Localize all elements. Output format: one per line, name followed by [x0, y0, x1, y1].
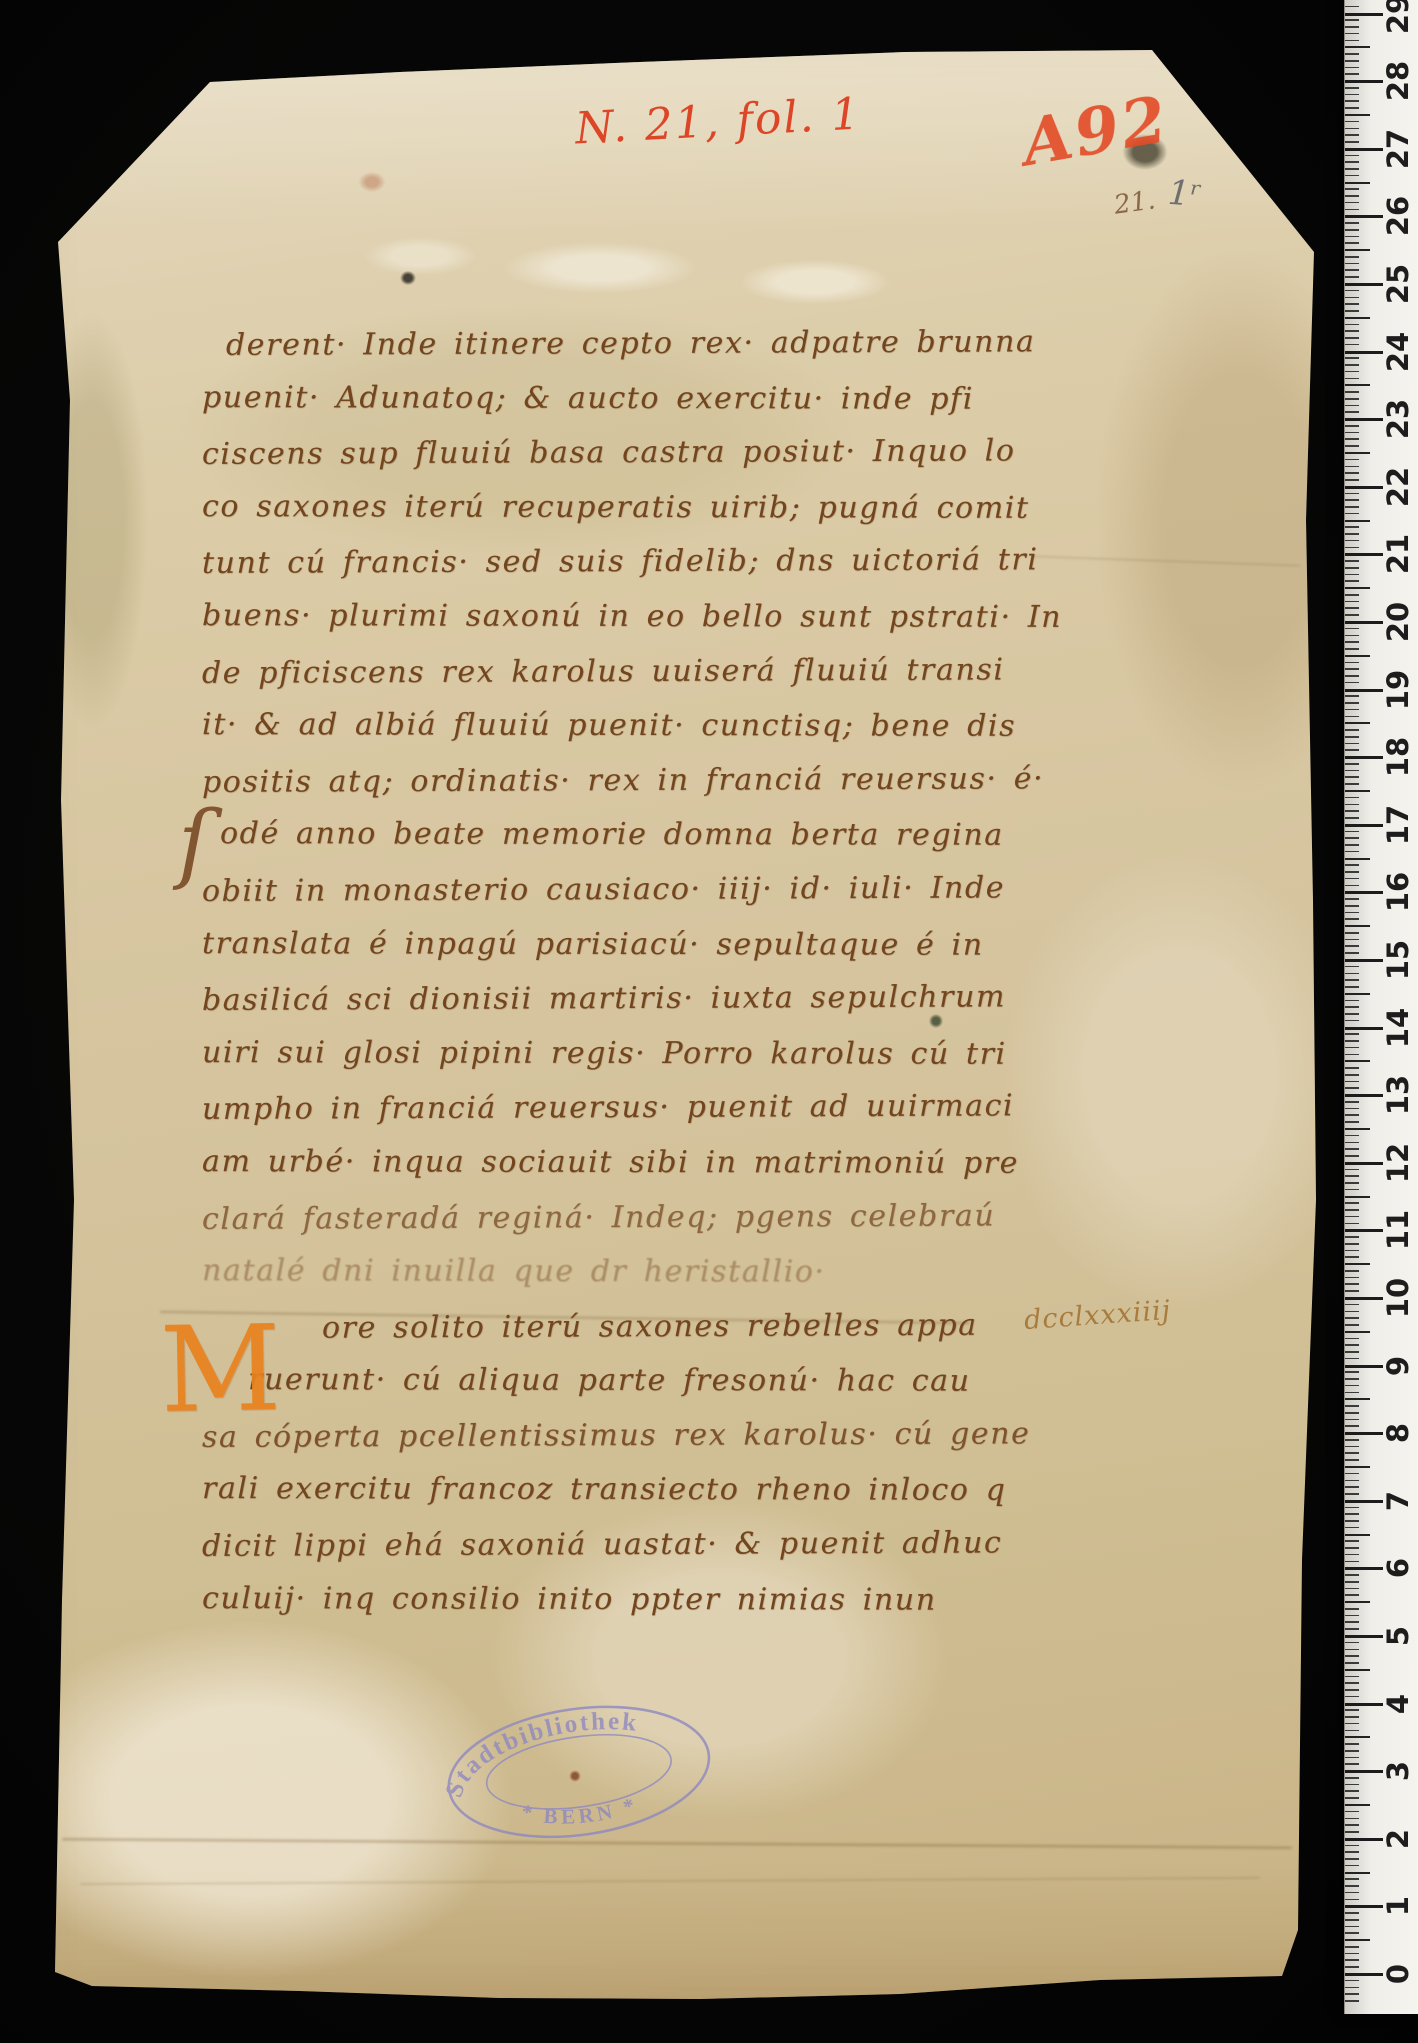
ruler-tick — [1345, 128, 1359, 130]
ruler-tick — [1345, 655, 1370, 657]
ruler-tick — [1345, 1283, 1359, 1285]
ruler-tick — [1345, 817, 1359, 819]
ruler-tick — [1345, 540, 1359, 542]
ruler-tick — [1345, 973, 1359, 975]
ruler-tick — [1345, 1290, 1359, 1292]
ruler-number: 20 — [1383, 605, 1413, 639]
ruler-tick — [1345, 1919, 1359, 1921]
ruler-tick — [1345, 1824, 1359, 1826]
manuscript-line: derent· Inde itinere cepto rex· adpatre … — [226, 324, 1082, 382]
ruler-tick — [1345, 1662, 1359, 1664]
ruler-tick — [1345, 1736, 1370, 1738]
ruler-number: 21 — [1383, 537, 1413, 571]
ruler-tick — [1345, 242, 1359, 244]
ruler-tick — [1345, 479, 1359, 481]
ruler-tick — [1345, 1324, 1359, 1326]
ruler-tick — [1345, 844, 1359, 846]
ruler-tick — [1345, 1655, 1359, 1657]
ruler-tick — [1345, 1182, 1359, 1184]
ruler-tick — [1345, 1790, 1359, 1792]
ruler-tick — [1345, 13, 1383, 16]
ruler-tick — [1345, 689, 1383, 692]
ruler-tick — [1345, 1412, 1359, 1414]
ruler-tick — [1345, 182, 1370, 184]
ruler-tick — [1345, 783, 1359, 785]
ruler-tick — [1345, 310, 1359, 312]
ruler-tick — [1345, 1723, 1359, 1725]
ruler-tick — [1345, 398, 1359, 400]
ruler-tick — [1345, 418, 1383, 421]
ruler-tick — [1345, 1229, 1383, 1232]
ruler-tick — [1345, 614, 1359, 616]
ruler-tick — [1345, 1087, 1359, 1089]
stamp-bottom-text: * BERN * — [516, 1783, 643, 1836]
ruler-number: 7 — [1383, 1484, 1413, 1518]
manuscript-line: rali exercitu francoz transiecto rheno i… — [202, 1472, 1082, 1528]
ruler-tick — [1345, 1155, 1359, 1157]
ruler-tick — [1345, 966, 1359, 968]
ruler-tick — [1345, 1953, 1359, 1955]
ruler-tick — [1345, 1020, 1359, 1022]
ruler-tick — [1345, 601, 1359, 603]
ruler-tick — [1345, 452, 1370, 454]
ruler-tick — [1345, 1128, 1370, 1130]
ruler-tick — [1345, 1344, 1359, 1346]
ruler-tick — [1345, 871, 1359, 873]
ruler-tick — [1345, 1027, 1383, 1030]
pencil-folio-annotation: 1ʳ — [1167, 173, 1203, 215]
ruler-tick — [1345, 1513, 1359, 1515]
ruler-tick — [1345, 297, 1359, 299]
ruler-tick — [1345, 1973, 1383, 1976]
ruler-number: 1 — [1383, 1889, 1413, 1923]
ruler-tick — [1345, 283, 1383, 286]
ruler-tick — [1345, 1263, 1370, 1265]
ruler-tick — [1345, 770, 1359, 772]
ruler-tick — [1345, 1865, 1359, 1867]
manuscript-line: translata é inpagú parisiacú· sepultaque… — [202, 926, 1082, 982]
ruler-tick — [1345, 1980, 1359, 1982]
ruler-tick — [1345, 40, 1359, 42]
ruler-tick — [1345, 276, 1359, 278]
ruler-tick — [1345, 743, 1359, 745]
ruler-tick — [1345, 391, 1359, 393]
manuscript-line: umpho in franciá reuersus· puenit ad uui… — [202, 1088, 1082, 1146]
manuscript-line: dicit lippi ehá saxoniá uastat· & puenit… — [202, 1525, 1082, 1583]
ruler-tick — [1345, 513, 1359, 515]
ruler-tick — [1345, 1486, 1359, 1488]
ruler-tick — [1345, 148, 1383, 151]
manuscript-line: natalé dni inuilla que dr heristallio· — [202, 1253, 1082, 1309]
manuscript-line: positis atq; ordinatis· rex in franciá r… — [202, 761, 1082, 819]
ruler-tick — [1345, 547, 1359, 549]
ruler-tick — [1345, 405, 1359, 407]
ruler-tick — [1345, 641, 1359, 643]
ruler-tick — [1345, 161, 1359, 163]
ruler-tick — [1345, 1946, 1359, 1948]
ruler-tick — [1345, 662, 1359, 664]
ruler-tick — [1345, 1425, 1359, 1427]
ruler-tick — [1345, 1013, 1359, 1015]
ruler-tick — [1345, 229, 1359, 231]
ruler-tick — [1345, 756, 1383, 759]
ruler-tick — [1345, 1365, 1383, 1368]
ruler-tick — [1345, 1892, 1359, 1894]
manuscript-text-block: derent· Inde itinere cepto rex· adpatre … — [202, 326, 1082, 1636]
ruler-tick — [1345, 736, 1359, 738]
ruler-tick — [1345, 1209, 1359, 1211]
ruler-tick — [1345, 317, 1370, 319]
ruler-tick — [1345, 1621, 1359, 1623]
ruler-tick — [1345, 46, 1370, 48]
ruler-tick — [1345, 709, 1359, 711]
ruler-number: 14 — [1383, 1011, 1413, 1045]
ruler-tick — [1345, 1696, 1359, 1698]
ruler-number: 29 — [1383, 0, 1413, 31]
ruler-tick — [1345, 1689, 1359, 1691]
ruler-tick — [1345, 1162, 1383, 1165]
ruler-tick — [1345, 256, 1359, 258]
ruler-number: 5 — [1383, 1619, 1413, 1653]
ruler-tick — [1345, 628, 1359, 630]
ruler-tick — [1345, 1682, 1359, 1684]
ruler-tick — [1345, 1216, 1359, 1218]
ruler-tick — [1345, 290, 1359, 292]
ruler-number: 8 — [1383, 1416, 1413, 1450]
ruler-tick — [1345, 1878, 1359, 1880]
ruler-tick — [1345, 1743, 1359, 1745]
ruler-tick — [1345, 1594, 1359, 1596]
ruler-tick — [1345, 776, 1359, 778]
ruler-tick — [1345, 1777, 1359, 1779]
ruler-tick — [1345, 351, 1383, 354]
ruler-tick — [1345, 1831, 1359, 1833]
manuscript-line: am urbé· inqua sociauit sibi in matrimon… — [202, 1144, 1082, 1200]
ruler-tick — [1345, 378, 1359, 380]
svg-text:* BERN *: * BERN * — [516, 1783, 643, 1836]
ruler-tick — [1345, 2000, 1359, 2002]
ruler-tick — [1345, 898, 1359, 900]
ruler-tick — [1345, 1189, 1359, 1191]
ruler-tick — [1345, 1060, 1370, 1062]
ruler-number: 18 — [1383, 740, 1413, 774]
ruler-tick — [1345, 344, 1359, 346]
ruler-tick — [1345, 648, 1359, 650]
ruler-tick — [1345, 1256, 1359, 1258]
ruler-tick — [1345, 675, 1359, 677]
ruler-tick — [1345, 1540, 1359, 1542]
ruler-tick — [1345, 1811, 1359, 1813]
ruler-tick — [1345, 1114, 1359, 1116]
ruler-tick — [1345, 364, 1359, 366]
ruler-tick — [1345, 6, 1359, 8]
ruler-tick — [1345, 1432, 1383, 1435]
manuscript-line: clará fasteradá reginá· Indeq; pgens cel… — [202, 1198, 1082, 1256]
ruler-tick — [1345, 357, 1359, 359]
ruler-tick — [1345, 1277, 1359, 1279]
manuscript-line: basilicá sci dionisii martiris· iuxta se… — [202, 979, 1082, 1037]
ruler-number: 15 — [1383, 943, 1413, 977]
ruler-tick — [1345, 1554, 1359, 1556]
ruler-number: 6 — [1383, 1551, 1413, 1585]
ruler-number: 0 — [1383, 1957, 1413, 1991]
ruler-tick — [1345, 560, 1359, 562]
ruler-tick — [1345, 1236, 1359, 1238]
photo-background: derent· Inde itinere cepto rex· adpatre … — [0, 0, 1418, 2043]
ruler-tick — [1345, 1669, 1370, 1671]
manuscript-line: tunt cú francis· sed suis fidelib; dns u… — [202, 542, 1082, 600]
ruler-tick — [1345, 1304, 1359, 1306]
ruler-tick — [1345, 993, 1370, 995]
ruler-tick — [1345, 1000, 1359, 1002]
ruler-number: 3 — [1383, 1754, 1413, 1788]
manuscript-line: odé anno beate memorie domna berta regin… — [220, 816, 1082, 872]
manuscript-line: puenit· Adunatoq; & aucto exercitu· inde… — [202, 380, 1082, 436]
ruler-tick — [1345, 1385, 1359, 1387]
ruler-tick — [1345, 236, 1359, 238]
ruler-tick — [1345, 1628, 1359, 1630]
ruler-tick — [1345, 1331, 1370, 1333]
ruler-tick — [1345, 587, 1370, 589]
ruler-tick — [1345, 1676, 1359, 1678]
ruler-tick — [1345, 668, 1359, 670]
ruler-tick — [1345, 722, 1370, 724]
ruler-tick — [1345, 918, 1359, 920]
ruler-tick — [1345, 459, 1359, 461]
ruler-tick — [1345, 1297, 1383, 1300]
ruler-tick — [1345, 1588, 1359, 1590]
pencil-number-annotation: 21. — [1112, 185, 1157, 220]
ruler-tick — [1345, 763, 1359, 765]
ruler-number: 4 — [1383, 1687, 1413, 1721]
ruler-tick — [1345, 790, 1370, 792]
ruler-number: 22 — [1383, 470, 1413, 504]
ruler-tick — [1345, 1452, 1359, 1454]
ruler-tick — [1345, 1642, 1359, 1644]
ruler-tick — [1345, 1500, 1383, 1503]
ruler-tick — [1345, 891, 1383, 894]
ruler-number: 13 — [1383, 1078, 1413, 1112]
ruler-tick — [1345, 1763, 1359, 1765]
ruler-tick — [1345, 952, 1359, 954]
ruler-tick — [1345, 1081, 1359, 1083]
ruler-number: 10 — [1383, 1281, 1413, 1315]
manuscript-line: ciscens sup fluuiú basa castra posiut· I… — [202, 433, 1082, 491]
ruler-tick — [1345, 94, 1359, 96]
ruler-tick — [1345, 932, 1359, 934]
ruler-tick — [1345, 1601, 1370, 1603]
ruler-tick — [1345, 1932, 1359, 1934]
ruler-tick — [1345, 979, 1359, 981]
ruler-tick — [1345, 67, 1359, 69]
ruler-tick — [1345, 621, 1383, 624]
ruler-tick — [1345, 114, 1370, 116]
ruler-tick — [1345, 797, 1359, 799]
ruler-tick — [1345, 53, 1359, 55]
ruler-tick — [1345, 425, 1359, 427]
ruler-tick — [1345, 215, 1383, 218]
ruler-tick — [1345, 939, 1359, 941]
ruler-number: 12 — [1383, 1146, 1413, 1180]
ruler-tick — [1345, 851, 1359, 853]
ruler-tick — [1345, 1175, 1359, 1177]
ruler-tick — [1345, 1649, 1359, 1651]
ruler-tick — [1345, 1439, 1359, 1441]
ruler-tick — [1345, 1040, 1359, 1042]
ruler-tick — [1345, 100, 1359, 102]
ruler-number: 11 — [1383, 1213, 1413, 1247]
ruler-tick — [1345, 1459, 1359, 1461]
ruler-tick — [1345, 1493, 1359, 1495]
ruler-tick — [1345, 635, 1359, 637]
ruler-tick — [1345, 945, 1359, 947]
ruler-tick — [1345, 168, 1359, 170]
ruler-tick — [1345, 1047, 1359, 1049]
centimeter-ruler: 0123456789101112131415161718192021222324… — [1344, 0, 1418, 2014]
ruler-tick — [1345, 1899, 1359, 1901]
ruler-tick — [1345, 1202, 1359, 1204]
ruler-tick — [1345, 526, 1359, 528]
ruler-tick — [1345, 188, 1359, 190]
ruler-tick — [1345, 824, 1383, 827]
ruler-tick — [1345, 533, 1359, 535]
ruler-tick — [1345, 1615, 1359, 1617]
ruler-number: 25 — [1383, 267, 1413, 301]
ruler-tick — [1345, 1716, 1359, 1718]
manuscript-line: obiit in monasterio causiaco· iiij· id· … — [202, 870, 1082, 928]
ruler-tick — [1345, 1033, 1359, 1035]
ruler-tick — [1345, 553, 1383, 556]
ruler-tick — [1345, 432, 1359, 434]
ruler-tick — [1345, 1784, 1359, 1786]
ruler-tick — [1345, 1966, 1359, 1968]
manuscript-line: culuij· inq consilio inito ppter nimias … — [202, 1581, 1082, 1637]
ruler-tick — [1345, 466, 1359, 468]
ruler-tick — [1345, 1567, 1383, 1570]
ruler-tick — [1345, 716, 1359, 718]
ruler-tick — [1345, 749, 1359, 751]
ruler-tick — [1345, 912, 1359, 914]
manuscript-line: co saxones iterú recuperatis uirib; pugn… — [202, 489, 1082, 545]
ruler-tick — [1345, 337, 1359, 339]
ruler-tick — [1345, 1959, 1359, 1961]
manuscript-line: ruerunt· cú aliqua parte fresonú· hac ca… — [248, 1362, 1082, 1418]
ruler-tick — [1345, 1351, 1359, 1353]
ruler-tick — [1345, 195, 1359, 197]
manuscript-line: ore solito iterú saxones rebelles appa — [322, 1307, 1082, 1365]
ruler-tick — [1345, 1926, 1359, 1928]
ruler-tick — [1345, 858, 1370, 860]
ruler-tick — [1345, 1101, 1359, 1103]
ruler-tick — [1345, 878, 1359, 880]
ruler-number: 19 — [1383, 673, 1413, 707]
ruler-tick — [1345, 959, 1383, 962]
ruler-tick — [1345, 1858, 1359, 1860]
ruler-tick — [1345, 1074, 1359, 1076]
ruler-tick — [1345, 121, 1359, 123]
ruler-tick — [1345, 925, 1370, 927]
ruler-tick — [1345, 1561, 1359, 1563]
ruler-tick — [1345, 1872, 1370, 1874]
ruler-number: 26 — [1383, 199, 1413, 233]
ruler-tick — [1345, 1993, 1359, 1995]
ruler-tick — [1345, 1804, 1370, 1806]
ruler-tick — [1345, 1311, 1359, 1313]
ruler-tick — [1345, 1797, 1359, 1799]
ruler-tick — [1345, 155, 1359, 157]
ruler-tick — [1345, 33, 1359, 35]
ruler-tick — [1345, 1371, 1359, 1373]
ruler-tick — [1345, 1574, 1359, 1576]
ruler-tick — [1345, 1121, 1359, 1123]
ruler-tick — [1345, 1094, 1383, 1097]
ruler-tick — [1345, 1358, 1359, 1360]
ruler-tick — [1345, 1730, 1359, 1732]
ruler-tick — [1345, 1243, 1359, 1245]
ruler-tick — [1345, 1250, 1359, 1252]
ruler-tick — [1345, 1939, 1370, 1941]
ruler-number: 17 — [1383, 808, 1413, 842]
ruler-tick — [1345, 1148, 1359, 1150]
ruler-tick — [1345, 1507, 1359, 1509]
ruler-number: 27 — [1383, 132, 1413, 166]
ruler-tick — [1345, 493, 1359, 495]
ruler-tick — [1345, 1473, 1359, 1475]
ruler-tick — [1345, 1392, 1359, 1394]
ruler-tick — [1345, 594, 1359, 596]
ruler-tick — [1345, 520, 1370, 522]
ruler-tick — [1345, 905, 1359, 907]
ruler-tick — [1345, 202, 1359, 204]
ruler-tick — [1345, 1757, 1359, 1759]
initial-letter-M: M — [159, 1309, 282, 1429]
ruler-tick — [1345, 1635, 1383, 1638]
ruler-tick — [1345, 1054, 1359, 1056]
ruler-tick — [1345, 1912, 1359, 1914]
ruler-tick — [1345, 1135, 1359, 1137]
ruler-tick — [1345, 1338, 1359, 1340]
ruler-tick — [1345, 1608, 1359, 1610]
ruler-tick — [1345, 580, 1359, 582]
ruler-tick — [1345, 107, 1359, 109]
ruler-tick — [1345, 1006, 1359, 1008]
ruler-number: 23 — [1383, 402, 1413, 436]
ruler-number: 28 — [1383, 64, 1413, 98]
ruler-tick — [1345, 695, 1359, 697]
ruler-tick — [1345, 837, 1359, 839]
ruler-tick — [1345, 1223, 1359, 1225]
ruler-tick — [1345, 1317, 1359, 1319]
ruler-tick — [1345, 1446, 1359, 1448]
ruler-tick — [1345, 141, 1359, 143]
ruler-tick — [1345, 303, 1359, 305]
ruler-tick — [1345, 324, 1359, 326]
ruler-tick — [1345, 1770, 1383, 1773]
ruler-tick — [1345, 506, 1359, 508]
ruler-tick — [1345, 1169, 1359, 1171]
ruler-tick — [1345, 1480, 1359, 1482]
ruler-tick — [1345, 1196, 1370, 1198]
ruler-tick — [1345, 499, 1359, 501]
ruler-tick — [1345, 438, 1359, 440]
ruler-number: 24 — [1383, 335, 1413, 369]
ruler-tick — [1345, 26, 1359, 28]
ruler-number: 16 — [1383, 875, 1413, 909]
ruler-tick — [1345, 1534, 1370, 1536]
ruler-number: 9 — [1383, 1349, 1413, 1383]
ruler-tick — [1345, 1405, 1359, 1407]
ruler-tick — [1345, 445, 1359, 447]
